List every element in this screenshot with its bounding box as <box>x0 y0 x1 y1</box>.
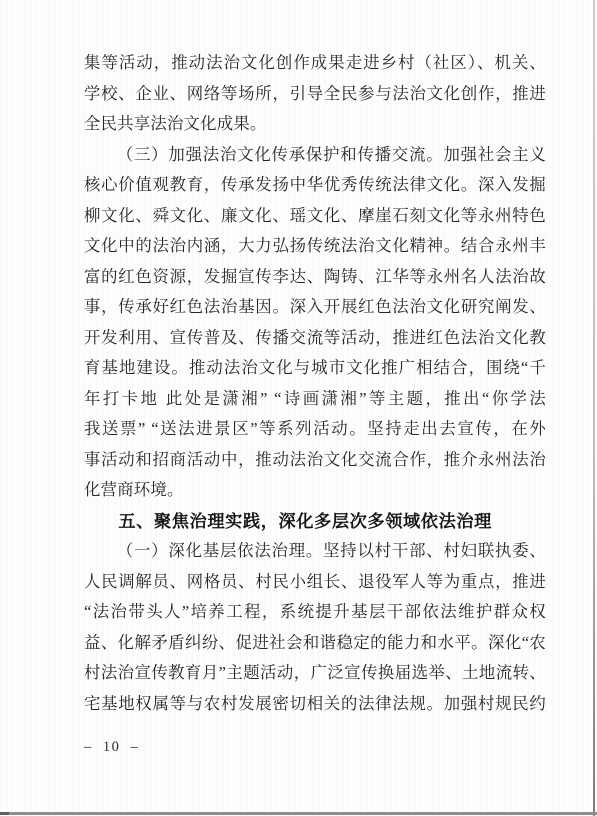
text-line: 宅基地权属等与农村发展密切相关的法律法规。加强村规民约 <box>84 689 546 720</box>
text-line: 柳文化、舜文化、廉文化、瑶文化、摩崖石刻文化等永州特色 <box>84 201 546 232</box>
text-line: 事活动和招商活动中，推动法治文化交流合作，推介永州法治 <box>84 445 546 476</box>
text-line: 益、化解矛盾纠纷、促进社会和谐稳定的能力和水平。深化“农 <box>84 628 546 659</box>
scan-edge-bottom <box>0 812 597 815</box>
text-line: 文化中的法治内涵，大力弘扬传统法治文化精神。结合永州丰 <box>84 231 546 262</box>
text-line: 富的红色资源，发掘宣传李达、陶铸、江华等永州名人法治故 <box>84 262 546 293</box>
text-line: 学校、企业、网络等场所，引导全民参与法治文化创作，推进 <box>84 79 546 110</box>
text-line: 全民共享法治文化成果。 <box>84 109 546 140</box>
text-line: 开发利用、宣传普及、传播交流等活动，推进红色法治文化教 <box>84 323 546 354</box>
text-line: （一）深化基层依法治理。坚持以村干部、村妇联执委、 <box>84 536 546 567</box>
scan-edge-right <box>593 0 595 816</box>
text-line: 村法治宣传教育月”主题活动，广泛宣传换届选举、土地流转、 <box>84 658 546 689</box>
text-line: （三）加强法治文化传承保护和传播交流。加强社会主义 <box>84 140 546 171</box>
scanned-document-page: 集等活动，推动法治文化创作成果走进乡村（社区）、机关、 学校、企业、网络等场所，… <box>0 0 597 816</box>
text-line: 育基地建设。推动法治文化与城市文化推广相结合，围绕“千 <box>84 353 546 384</box>
text-line: 集等活动，推动法治文化创作成果走进乡村（社区）、机关、 <box>84 48 546 79</box>
document-body: 集等活动，推动法治文化创作成果走进乡村（社区）、机关、 学校、企业、网络等场所，… <box>84 48 546 719</box>
text-line: 事，传承好红色法治基因。深入开展红色法治文化研究阐发、 <box>84 292 546 323</box>
text-line: “法治带头人”培养工程，系统提升基层干部依法维护群众权 <box>84 597 546 628</box>
text-line: 年打卡地 此处是潇湘” “诗画潇湘”等主题，推出“你学法 <box>84 384 546 415</box>
section-heading: 五、聚焦治理实践，深化多层次多领域依法治理 <box>84 506 546 537</box>
text-line: 人民调解员、网格员、村民小组长、退役军人等为重点，推进 <box>84 567 546 598</box>
page-number: – 10 – <box>84 737 139 757</box>
text-line: 我送票” “送法进景区”等系列活动。坚持走出去宣传，在外 <box>84 414 546 445</box>
text-line: 化营商环境。 <box>84 475 546 506</box>
text-line: 核心价值观教育，传承发扬中华优秀传统法律文化。深入发掘 <box>84 170 546 201</box>
